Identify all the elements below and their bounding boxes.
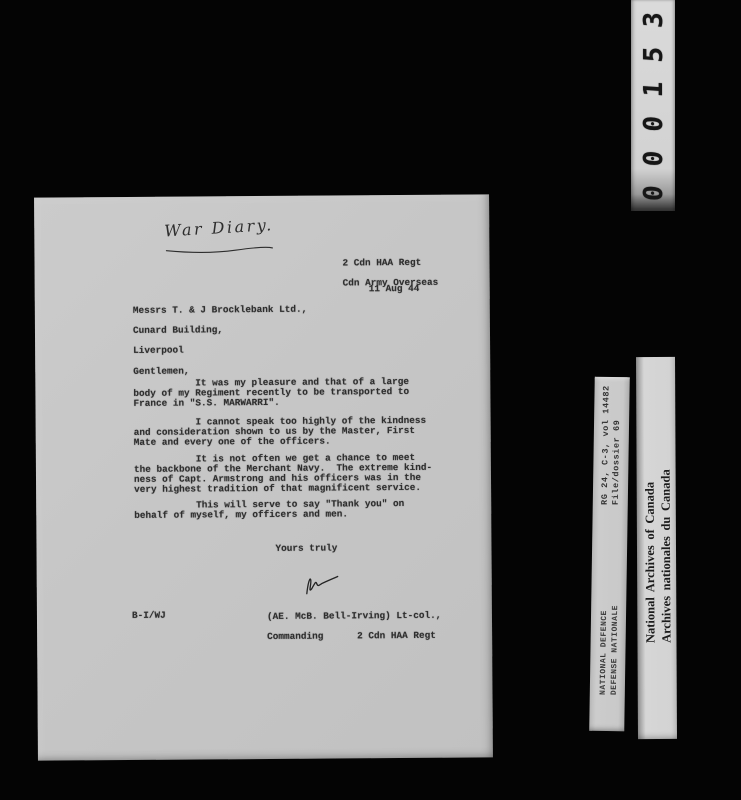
archives-line2: Archives nationales du Canada	[658, 469, 673, 643]
paragraph-3: It is not often we get a chance to meet …	[134, 453, 432, 495]
address-line2: Cunard Building,	[133, 324, 223, 336]
letter-date: 11 Aug 44	[369, 284, 420, 294]
signature-title-line: Commanding 2 Cdn HAA Regt	[267, 630, 436, 642]
archives-line1: National Archives of Canada	[643, 482, 658, 643]
archives-strip: National Archives of Canada Archives nat…	[636, 357, 677, 739]
paragraph-2: I cannot speak too highly of the kindnes…	[134, 416, 427, 448]
closing-line: Yours truly	[275, 543, 337, 553]
microfilm-photo-background: War Diary. 2 Cdn HAA Regt Cdn Army Overs…	[0, 0, 741, 800]
defence-line1: NATIONAL DEFENCE	[599, 610, 609, 695]
file-reference-line2: File/dossier 69	[611, 420, 622, 506]
salutation: Gentlemen,	[133, 367, 189, 377]
letter-document: War Diary. 2 Cdn HAA Regt Cdn Army Overs…	[34, 194, 493, 760]
war-diary-underline-flourish	[165, 245, 273, 256]
paragraph-4: This will serve to say "Thank you" on be…	[134, 499, 404, 521]
address-line3: Liverpool	[133, 345, 184, 356]
file-reference-label: RG 24, C-3, vol 14482 File/dossier 69	[600, 385, 624, 505]
recipient-address: Messrs T. & J Brocklebank Ltd., Cunard B…	[133, 305, 308, 356]
national-defence-label: NATIONAL DEFENCE DEFENSE NATIONALE	[599, 605, 621, 695]
unit-line1: 2 Cdn HAA Regt	[342, 257, 421, 269]
address-line1: Messrs T. & J Brocklebank Ltd.,	[133, 304, 307, 316]
war-diary-handwritten-note: War Diary.	[164, 215, 274, 240]
frame-counter-strip: 000153	[631, 0, 675, 211]
archives-label: National Archives of Canada Archives nat…	[643, 469, 675, 643]
signature-scribble	[303, 572, 341, 598]
typist-reference: B-I/WJ	[132, 611, 166, 621]
paragraph-1: It was my pleasure and that of a large b…	[133, 377, 409, 409]
signature-name-line: (AE. McB. Bell-Irving) Lt-col.,	[267, 610, 441, 622]
signature-block: (AE. McB. Bell-Irving) Lt-col., Commandi…	[267, 611, 442, 642]
file-reference-line1: RG 24, C-3, vol 14482	[600, 385, 612, 505]
defence-line2: DEFENSE NATIONALE	[609, 605, 619, 695]
frame-counter-value: 000153	[639, 0, 669, 202]
file-reference-strip: RG 24, C-3, vol 14482 File/dossier 69 NA…	[589, 377, 630, 732]
